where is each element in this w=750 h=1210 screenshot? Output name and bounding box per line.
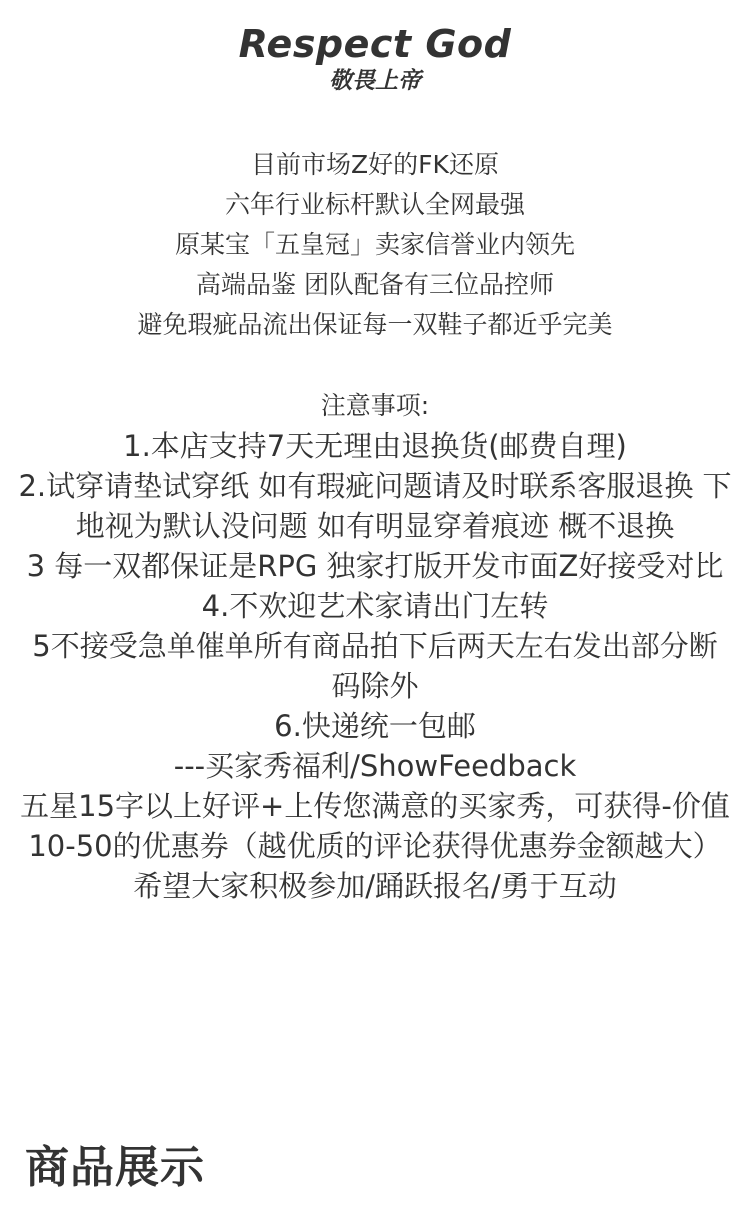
note-item-feedback-reward: 五星15字以上好评+上传您满意的买家秀，可获得-价值10-50的优惠券（越优质的… (18, 786, 732, 866)
note-item-try-on: 2.试穿请垫试穿纸 如有瑕疵问题请及时联系客服退换 下地视为默认没问题 如有明显… (18, 466, 732, 546)
note-item-free-shipping: 6.快递统一包邮 (18, 706, 732, 746)
brand-subtitle: 敬畏上帝 (0, 66, 750, 96)
note-item-shipping-time: 5不接受急单催单所有商品拍下后两天左右发出部分断码除外 (18, 626, 732, 706)
intro-line: 六年行业标杆默认全网最强 (0, 185, 750, 225)
note-item-quality: 3 每一双都保证是RPG 独家打版开发市面Z好接受对比 (18, 546, 732, 586)
intro-line: 高端品鉴 团队配备有三位品控师 (0, 265, 750, 305)
brand-title: Respect God (0, 20, 750, 68)
note-item-no-artists: 4.不欢迎艺术家请出门左转 (18, 586, 732, 626)
note-item-return-policy: 1.本店支持7天无理由退换货(邮费自理) (18, 426, 732, 466)
note-item-feedback-heading: ---买家秀福利/ShowFeedback (18, 746, 732, 786)
intro-line: 目前市场Z好的FK还原 (0, 145, 750, 185)
notes-section: 注意事项: 1.本店支持7天无理由退换货(邮费自理) 2.试穿请垫试穿纸 如有瑕… (18, 386, 732, 906)
store-intro: 目前市场Z好的FK还原 六年行业标杆默认全网最强 原某宝「五皇冠」卖家信誉业内领… (0, 145, 750, 345)
notes-heading: 注意事项: (18, 386, 732, 426)
store-header: Respect God 敬畏上帝 (0, 20, 750, 96)
intro-line: 避免瑕疵品流出保证每一双鞋子都近乎完美 (0, 305, 750, 345)
note-item-participation: 希望大家积极参加/踊跃报名/勇于互动 (18, 866, 732, 906)
section-title-product-showcase: 商品展示 (25, 1138, 205, 1198)
intro-line: 原某宝「五皇冠」卖家信誉业内领先 (0, 225, 750, 265)
